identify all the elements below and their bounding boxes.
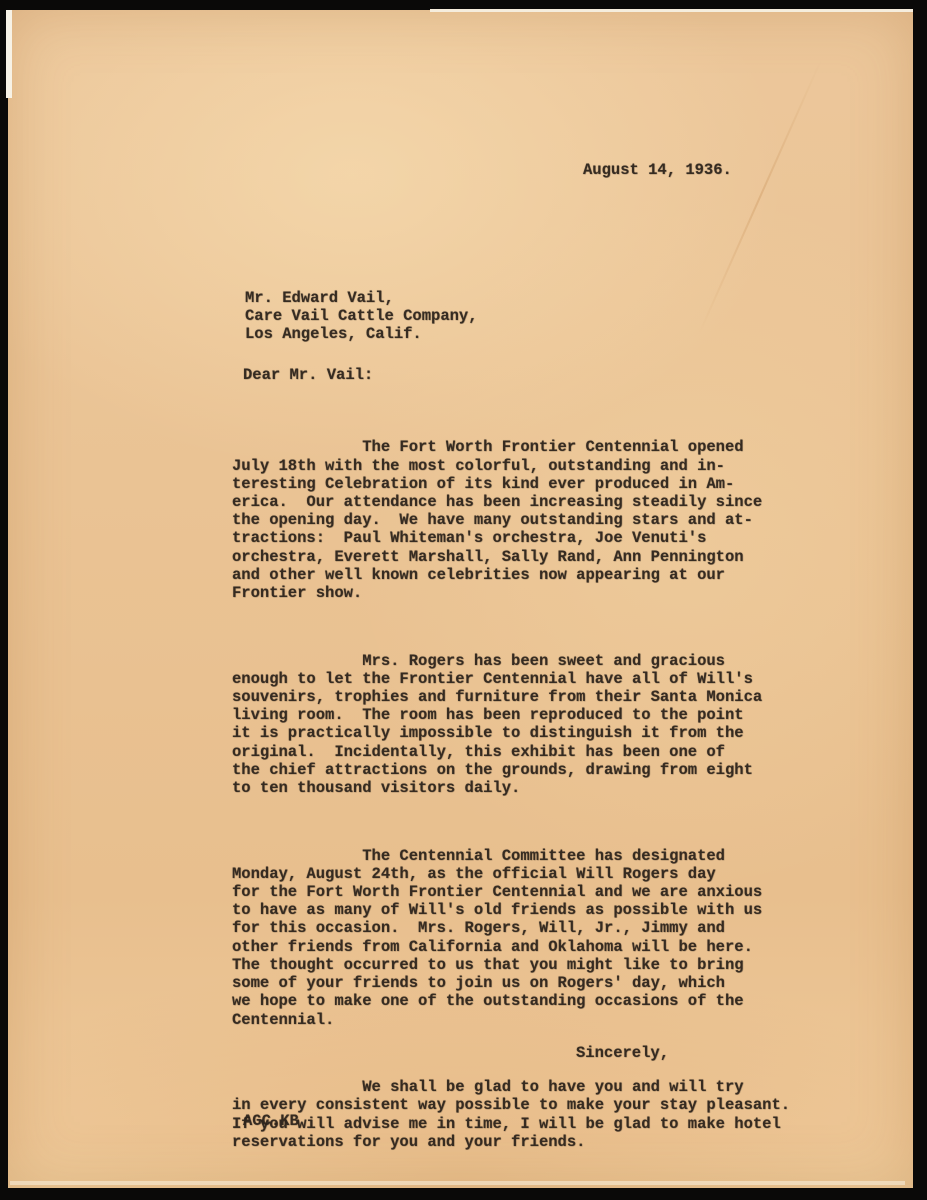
text-line: erica. Our attendance has been increasin…	[232, 493, 817, 511]
paragraph: The Fort Worth Frontier Centennial opene…	[232, 438, 817, 602]
text-line: souvenirs, trophies and furniture from t…	[232, 688, 817, 706]
letter-scan: August 14, 1936. Mr. Edward Vail,Care Va…	[0, 0, 927, 1200]
text-line: Monday, August 24th, as the official Wil…	[232, 865, 817, 883]
text-line: Mr. Edward Vail,	[245, 289, 478, 307]
text-line: teresting Celebration of its kind ever p…	[232, 475, 817, 493]
letter-body: The Fort Worth Frontier Centennial opene…	[232, 402, 817, 1200]
recipient-address: Mr. Edward Vail,Care Vail Cattle Company…	[245, 289, 478, 344]
text-line: reservations for you and your friends.	[232, 1133, 817, 1151]
text-line: enough to let the Frontier Centennial ha…	[232, 670, 817, 688]
text-line: The thought occurred to us that you migh…	[232, 956, 817, 974]
paragraph: We shall be glad to have you and will tr…	[232, 1078, 817, 1151]
salutation: Dear Mr. Vail:	[243, 366, 373, 384]
text-line: orchestra, Everett Marshall, Sally Rand,…	[232, 548, 817, 566]
scan-edge-sliver-left	[6, 10, 12, 98]
text-line: The Fort Worth Frontier Centennial opene…	[232, 438, 817, 456]
paragraph: Mrs. Rogers has been sweet and graciouse…	[232, 652, 817, 798]
text-line: living room. The room has been reproduce…	[232, 706, 817, 724]
text-line: the chief attractions on the grounds, dr…	[232, 761, 817, 779]
text-line: to ten thousand visitors daily.	[232, 779, 817, 797]
text-line: tractions: Paul Whiteman's orchestra, Jo…	[232, 529, 817, 547]
text-line: Mrs. Rogers has been sweet and gracious	[232, 652, 817, 670]
text-line: Care Vail Cattle Company,	[245, 307, 478, 325]
text-line: some of your friends to join us on Roger…	[232, 974, 817, 992]
text-line: it is practically impossible to distingu…	[232, 724, 817, 742]
text-line: the opening day. We have many outstandin…	[232, 511, 817, 529]
text-line: for the Fort Worth Frontier Centennial a…	[232, 883, 817, 901]
text-line: Frontier show.	[232, 584, 817, 602]
text-line: to have as many of Will's old friends as…	[232, 901, 817, 919]
text-line: Los Angeles, Calif.	[245, 325, 478, 343]
text-line: we hope to make one of the outstanding o…	[232, 992, 817, 1010]
closing: Sincerely,	[576, 1044, 669, 1062]
text-line: for this occasion. Mrs. Rogers, Will, Jr…	[232, 919, 817, 937]
text-line: The Centennial Committee has designated	[232, 847, 817, 865]
text-line: and other well known celebrities now app…	[232, 566, 817, 584]
text-line: other friends from California and Oklaho…	[232, 938, 817, 956]
text-line: If you will advise me in time, I will be…	[232, 1115, 817, 1133]
text-line: Centennial.	[232, 1011, 817, 1029]
typist-initials: AGC.KB	[243, 1112, 299, 1130]
paragraph: The Centennial Committee has designatedM…	[232, 847, 817, 1029]
text-line: original. Incidentally, this exhibit has…	[232, 743, 817, 761]
date-line: August 14, 1936.	[583, 161, 732, 179]
text-line: We shall be glad to have you and will tr…	[232, 1078, 817, 1096]
scan-edge-sliver-top	[430, 9, 913, 12]
text-line: in every consistent way possible to make…	[232, 1096, 817, 1114]
text-line: July 18th with the most colorful, outsta…	[232, 457, 817, 475]
